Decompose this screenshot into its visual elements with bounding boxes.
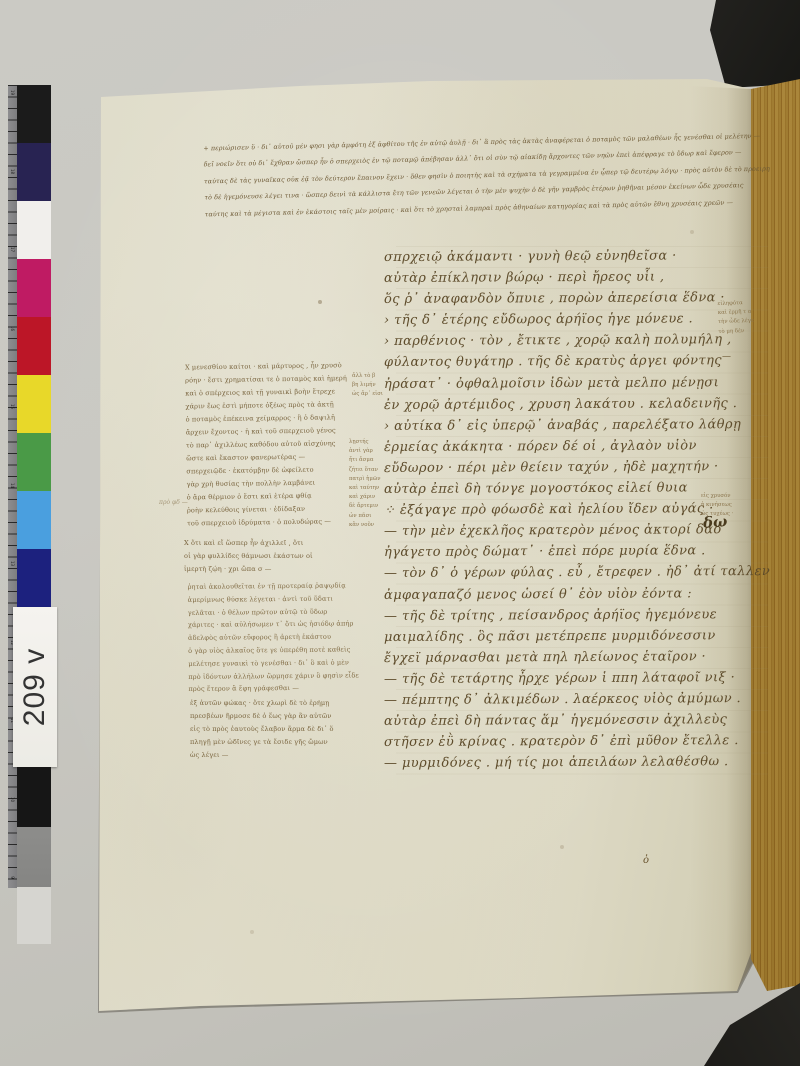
- main-text-line: σπρχειῷ ἀκάμαντι · γυνὴ θεῷ εὐνηθεῖσα ·: [384, 245, 770, 268]
- margin-note-line: ζήτει ὅταν: [349, 466, 399, 475]
- main-text-line: › αὐτίκα δ᾽ εἰς ὑπερῷ᾽ ἀναβάς , παρελέξα…: [384, 414, 770, 437]
- color-patch-dark-blue: [17, 549, 51, 607]
- color-calibration-bar: [17, 85, 51, 607]
- main-text-line: — τῆς δὲ τρίτης , πείσανδρος ἀρήϊος ἡγεμ…: [384, 604, 770, 627]
- ruler-number: 19: [10, 90, 15, 95]
- mid-margin-note-b: λῃστήςἀντὶ γὰρἤτι ἄσμαζήτει ὅτανπατρὶ ἡμ…: [349, 438, 399, 530]
- color-patch-black-lower: [17, 767, 51, 827]
- main-text-line: μαιμαλίδης . ὃς πᾶσι μετέπρεπε μυρμιδόνε…: [384, 625, 770, 648]
- color-patch-gray: [17, 827, 51, 887]
- folio-label: 209 v: [18, 648, 52, 726]
- scholia-line: ὡς λέγει —: [190, 749, 400, 762]
- top-scholia-block: + περιώρισεν ὕ · δι᾽ αὐτοῦ μέν φησι γὰρ …: [203, 128, 771, 223]
- stain-speck: [250, 930, 254, 934]
- ruler-number: 15: [10, 404, 15, 409]
- margin-note-line: πατρὶ ἡμῶν: [349, 475, 399, 484]
- scholia-line: ἱμερτὴ ζῴη · χρι ὤπα σ —: [184, 563, 390, 576]
- scholia-line: Χ ὅτι καὶ εἴ ὥσπερ ἦν ἀχιλλεῖ , ὅτι: [184, 537, 390, 550]
- ruler-number: 9: [10, 876, 15, 879]
- mid-margin-note-a: ἄλλ τὸ ββη λιμήνὡς ἄρ᾽ εἰσι: [352, 372, 402, 400]
- color-patch-black: [17, 85, 51, 143]
- ruler-number: 10: [10, 796, 15, 801]
- margin-note-line: εἰς χρυσόν: [701, 492, 763, 501]
- main-text-line: ἐν χορῷ ἀρτέμιδος , χρυση λακάτου . κελα…: [384, 393, 770, 416]
- left-scholia-block-4: ἐξ ἀυτῶν φώκας · ὅτε χλωρὶ δὲ τὸ ἐρήμῃπρ…: [190, 697, 400, 762]
- margin-note-line: ἡ κινήσεως: [701, 501, 763, 510]
- color-patch-magenta: [17, 259, 51, 317]
- stain-speck: [560, 845, 564, 849]
- color-patch-dark-violet: [17, 143, 51, 201]
- margin-note-line: ἀντὶ γὰρ: [349, 447, 399, 456]
- margin-note-line: καὶ ταύτην: [349, 484, 399, 493]
- main-text-line: — πέμπτης δ᾽ ἀλκιμέδων . λαέρκεος υἱὸς ἀ…: [384, 688, 770, 711]
- left-scholia-block-3: ῥηταὶ ἀκολουθεῖται ἐν τῇ προτεραίᾳ ῥαψῳδ…: [188, 579, 399, 696]
- stain-speck: [690, 230, 694, 234]
- margin-note-line: λῃστής: [349, 438, 399, 447]
- main-text-line: στῆσεν ἐῢ κρίνας . κρατερὸν δ᾽ ἐπὶ μῦθον…: [384, 730, 770, 753]
- margin-dash-mark: —: [722, 352, 731, 362]
- color-patch-yellow: [17, 375, 51, 433]
- stain-speck: [318, 300, 322, 304]
- main-text-line: αὐτὰρ ἐπίκλησιν βώρῳ · περὶ ἤρεος υἷι ,: [384, 266, 770, 289]
- left-scholia-block-2: Χ ὅτι καὶ εἴ ὥσπερ ἦν ἀχιλλεῖ , ὅτιοἱ γὰ…: [184, 537, 390, 576]
- margin-note-line: ἄλλ τὸ β: [352, 372, 402, 381]
- right-margin-note-a: εἰληφότακαὶ ἑρμῆ τ ατὴν ὧδε λέγετὸ μη δέ…: [717, 298, 776, 337]
- ruler-number: 17: [10, 247, 15, 252]
- main-text-line: ὅς ῥ᾽ ἀναφανδὸν ὄπυιε , πορὼν ἀπερείσια …: [384, 287, 770, 310]
- ruler-number: 16: [10, 325, 15, 330]
- color-patch-white: [17, 201, 51, 259]
- main-text-line: ἠγάγετο πρὸς δώματ᾽ · ἐπεὶ πόρε μυρία ἕδ…: [384, 540, 770, 563]
- color-patch-white-lower: [17, 887, 51, 944]
- main-text-line: › παρθένιος · τὸν , ἔτικτε , χορῷ καλὴ π…: [384, 329, 770, 352]
- main-text-line: ἔγχεϊ μάρνασθαι μετὰ πηλ ηλείωνος ἑταῖρο…: [384, 646, 770, 669]
- ink-scribble: δω: [702, 512, 727, 532]
- margin-note-line: ὡς ἄρ᾽ εἰσι: [352, 390, 402, 399]
- ruler-number: 13: [10, 561, 15, 566]
- main-text-line: › τῆς δ᾽ ἑτέρης εὔδωρος ἀρήϊος ἡγε μόνευ…: [384, 308, 770, 331]
- color-patch-green: [17, 433, 51, 491]
- margin-note-line: κἂν νοῦν: [349, 521, 399, 530]
- scholia-line: πρὸς ἕτερον ἃ ἔφη γράφεσθαι —: [188, 681, 398, 696]
- main-text-line: ἠράσατ᾽ · ὀφθαλμοῖσιν ἰδὼν μετὰ μελπο μέ…: [384, 372, 770, 395]
- scholia-line: πρεσβέων ἥρμοσε δὲ ὁ ἕως γὰρ ἂν αὐτῶν: [190, 710, 400, 723]
- main-text-line: εὔδωρον · πέρι μὲν θείειν ταχύν , ἠδὲ μα…: [384, 456, 770, 479]
- scholia-line: ἐξ ἀυτῶν φώκας · ὅτε χλωρὶ δὲ τὸ ἐρήμῃ: [190, 697, 400, 710]
- main-text-line: αὐτὰρ ἐπεὶ δὴ πάντας ἅμ᾽ ἡγεμόνεσσιν ἀχι…: [384, 709, 770, 732]
- margin-note-line: ἤτι ἄσμα: [349, 456, 399, 465]
- ruler-number: 18: [10, 168, 15, 173]
- main-text-line: ἀμφαγαπαζό μενος ὡσεί θ᾽ ἑὸν υἱὸν ἐόντα …: [384, 582, 770, 605]
- main-text-line: — τῆς δὲ τετάρτης ἦρχε γέρων ἱ ππη λάταφ…: [384, 667, 770, 690]
- scholia-line: εἰς τὸ πρὸς ἑαυτοὺς ἔλαβον ἅρμα δὲ δι᾽ ὅ: [190, 723, 400, 736]
- main-text-line: — τὸν δ᾽ ὁ γέρων φύλας . εὖ , ἔτρεφεν . …: [384, 561, 770, 584]
- color-patch-red: [17, 317, 51, 375]
- main-text-line: φύλαντος θυγάτηρ . τῆς δὲ κρατὺς ἀργει φ…: [384, 350, 770, 373]
- margin-note-line: βη λιμήν: [352, 381, 402, 390]
- folio-label-card: 209 v: [13, 607, 57, 767]
- main-text-line: ἑρμείας ἀκάκητα · πόρεν δέ οἱ , ἀγλαὸν υ…: [384, 435, 770, 458]
- scholia-line: οἱ γὰρ φυλλίδες θάμνωσι ἑκάστων οἱ: [184, 550, 390, 563]
- main-text-line: — μυρμιδόνες . μή τίς μοι ἀπειλάων λελαθ…: [384, 751, 770, 774]
- ruler-number: 14: [10, 482, 15, 487]
- margin-note-line: δὲ ἄρτεμιν: [349, 502, 399, 511]
- color-patch-light-blue: [17, 491, 51, 549]
- margin-note-line: καὶ χάριν: [349, 493, 399, 502]
- black-cloth-top-right: [700, 0, 800, 92]
- scholia-line: πληγῇ μὲν ὠδῖνες γε τὰ ἔσιδε γῆς ὤμων: [190, 736, 400, 749]
- catchword-mark: ὁ: [643, 855, 649, 866]
- faint-left-gloss: πρὸ φδ —: [159, 499, 188, 506]
- margin-note-line: ὧν πᾶσι: [349, 512, 399, 521]
